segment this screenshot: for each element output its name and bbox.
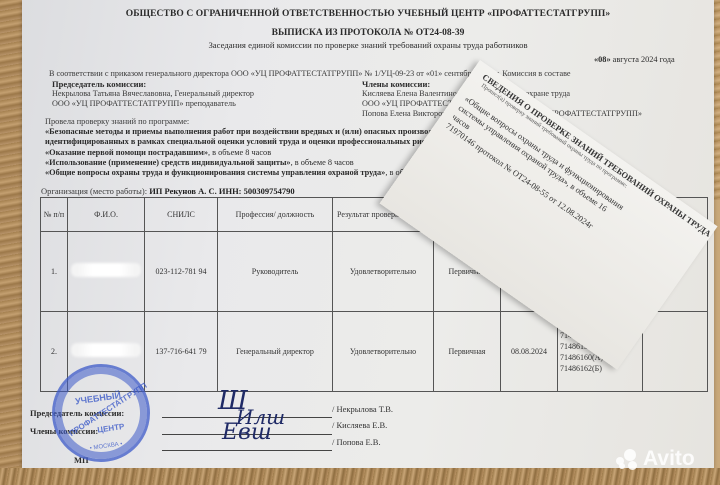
cell-result: Удовлетворительно <box>333 312 434 392</box>
signature-member-2: Евш <box>222 420 272 445</box>
organization: Организация (место работы): ИП Рекунов А… <box>41 186 295 196</box>
program-hours: , в объеме 8 часов <box>291 158 354 167</box>
signature-member-1-name: / Кисляева Е.В. <box>332 420 387 430</box>
redacted-name <box>71 263 141 277</box>
members-label: Члены комиссии: <box>362 79 430 89</box>
company-name: ОБЩЕСТВО С ОГРАНИЧЕННОЙ ОТВЕТСТВЕННОСТЬЮ… <box>22 9 714 19</box>
signature-member-2-name: / Попова Е.В. <box>332 437 381 447</box>
avito-wordmark: Avito <box>643 447 695 471</box>
program-title: идентифицированных в рамках специальной … <box>45 137 443 146</box>
program-intro: Провела проверку знаний по программе: <box>45 117 189 126</box>
wood-table-bottom <box>0 468 720 485</box>
cell-date: 08.08.2024 <box>501 312 558 392</box>
cell-snils: 137-716-641 79 <box>145 312 218 392</box>
cell-extra <box>643 312 708 392</box>
document-date: «08» августа 2024 года <box>594 55 675 64</box>
program-item: «Оказание первой помощи пострадавшим», в… <box>45 148 271 157</box>
program-item: «Общие вопросы охраны труда и функционир… <box>45 168 453 177</box>
program-title: «Оказание первой помощи пострадавшим» <box>45 148 208 157</box>
program-title: «Общие вопросы охраны труда и функционир… <box>45 168 385 177</box>
cell-type: Первичная <box>434 312 501 392</box>
chair-line-2: ООО «УЦ ПРОФАТТЕСТАТГРУПП» преподаватель <box>52 99 236 108</box>
cell-position: Генеральный директор <box>218 312 333 392</box>
stamp-text: ЦЕНТР <box>97 422 125 435</box>
date-rest: августа 2024 года <box>611 55 675 64</box>
certificate-number: 71486162(Б) <box>560 363 640 374</box>
chair-label: Председатель комиссии: <box>52 79 146 89</box>
program-item: «Использование (применение) средств инди… <box>45 158 354 167</box>
organization-label: Организация (место работы): <box>41 186 149 196</box>
date-day: «08» <box>594 55 611 64</box>
redacted-name <box>71 343 141 357</box>
cell-result: Удовлетворительно <box>333 232 434 312</box>
signature-line <box>162 450 332 451</box>
program-hours: , в объеме 8 часов <box>208 148 271 157</box>
organization-value: ИП Рекунов А. С. ИНН: 500309754790 <box>149 186 294 196</box>
stamp-text: • МОСКВА • <box>89 441 122 452</box>
col-position: Профессия/ должность <box>218 198 333 232</box>
cell-name-redacted <box>68 232 145 312</box>
signature-chair-name: / Некрылова Т.В. <box>332 404 393 414</box>
cell-num: 1. <box>41 232 68 312</box>
avito-logo-icon <box>616 449 640 469</box>
col-num: № п/п <box>41 198 68 232</box>
cell-snils: 023-112-781 94 <box>145 232 218 312</box>
document-title: ВЫПИСКА ИЗ ПРОТОКОЛА № ОТ24-08-39 <box>22 28 714 38</box>
program-title: «Использование (применение) средств инди… <box>45 158 291 167</box>
chair-line-1: Некрылова Татьяна Вячеславовна, Генераль… <box>52 89 254 98</box>
session-subtitle: Заседания единой комиссии по проверке зн… <box>22 40 714 50</box>
col-name: Ф.И.О. <box>68 198 145 232</box>
col-snils: СНИЛС <box>145 198 218 232</box>
cell-position: Руководитель <box>218 232 333 312</box>
avito-watermark: Avito <box>616 447 695 471</box>
